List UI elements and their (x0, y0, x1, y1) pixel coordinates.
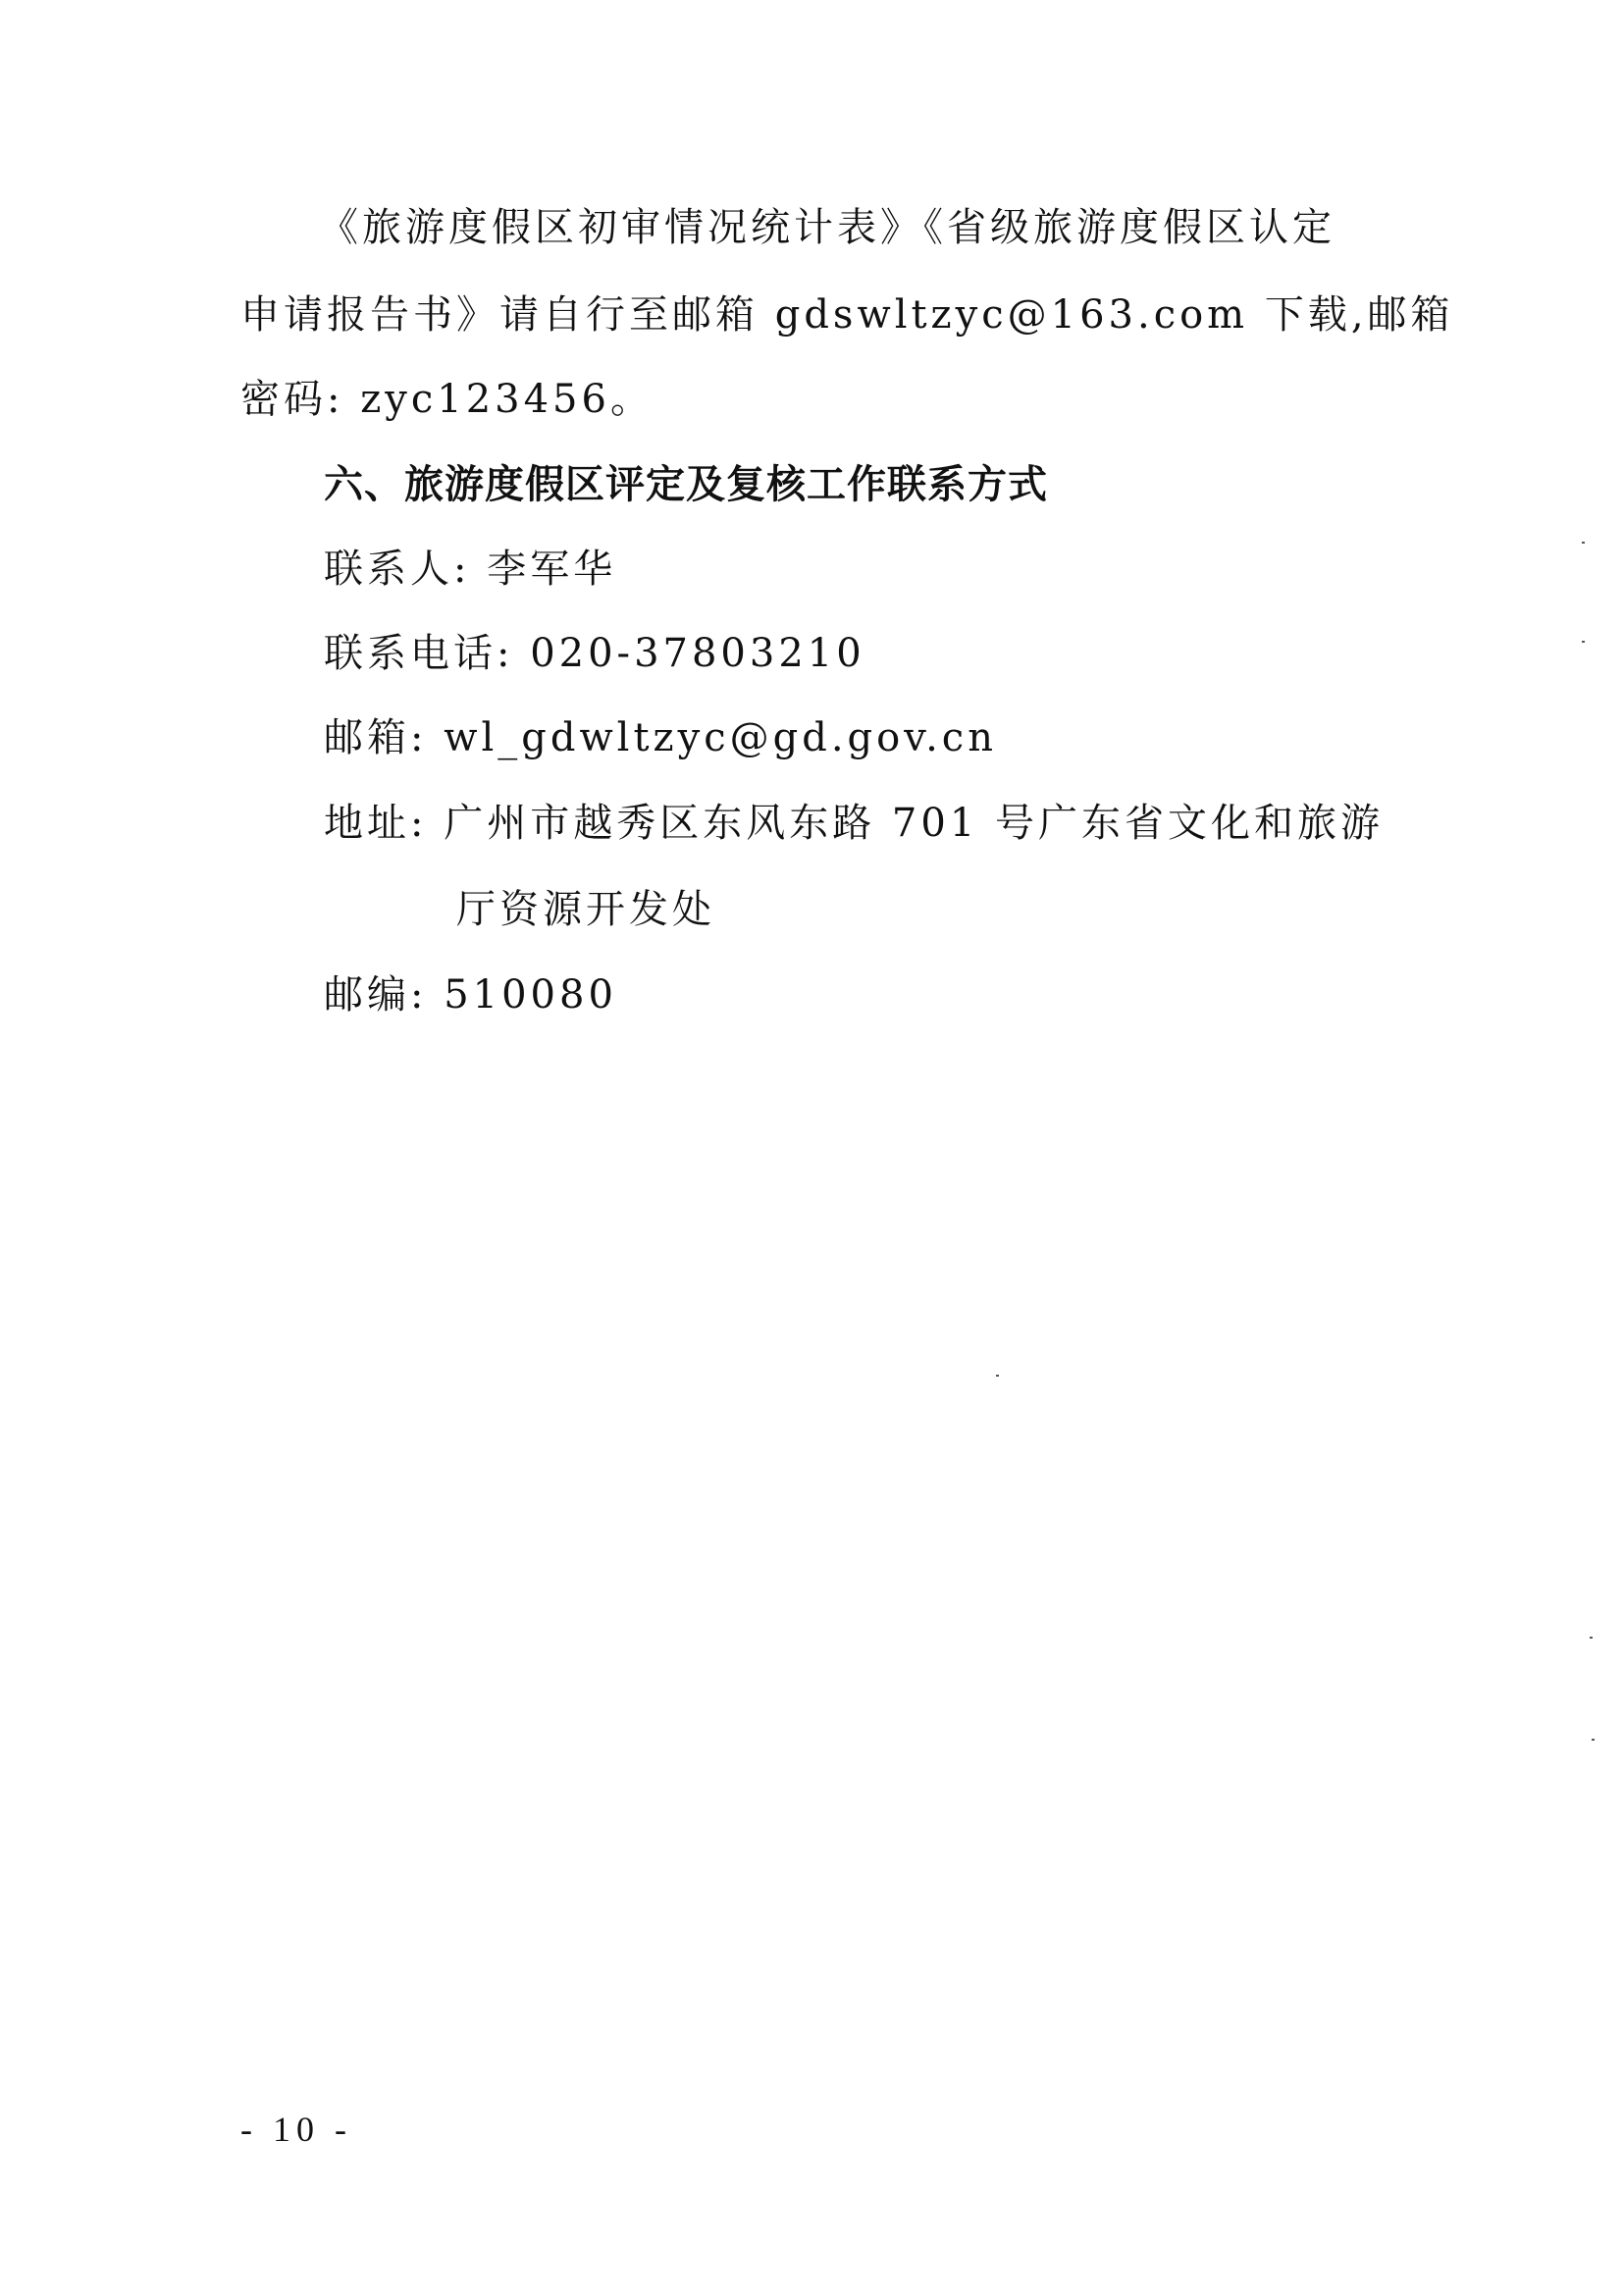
document-page: 《旅游度假区初审情况统计表》《省级旅游度假区认定 申请报告书》请自行至邮箱 gd… (0, 0, 1623, 2296)
contact-postcode-row: 邮编: 510080 (324, 971, 617, 1018)
contact-address-row: 地址: 广州市越秀区东风东路 701 号广东省文化和旅游 (324, 800, 1384, 847)
contact-email-value: wl_gdwltzyc@gd.gov.cn (444, 715, 997, 760)
contact-person-value: 李军华 (487, 547, 616, 592)
scan-speck (1582, 542, 1585, 544)
contact-address-label: 地址: (324, 801, 427, 846)
contact-address-continuation: 厅资源开发处 (456, 886, 715, 933)
contact-address-value: 广州市越秀区东风东路 701 号广东省文化和旅游 (444, 801, 1384, 846)
contact-phone-row: 联系电话: 020-37803210 (324, 630, 865, 677)
scan-speck (1592, 1739, 1595, 1741)
scan-speck (1582, 641, 1585, 643)
paragraph-line-3: 密码: zyc123456。 (240, 376, 654, 423)
contact-email-row: 邮箱: wl_gdwltzyc@gd.gov.cn (324, 714, 997, 761)
contact-person-row: 联系人: 李军华 (324, 546, 616, 593)
contact-phone-value: 020-37803210 (530, 631, 864, 676)
contact-person-label: 联系人: (324, 547, 470, 592)
paragraph-line-2: 申请报告书》请自行至邮箱 gdswltzyc@163.com 下载,邮箱 (240, 291, 1454, 339)
contact-phone-label: 联系电话: (324, 631, 513, 676)
contact-email-label: 邮箱: (324, 715, 427, 760)
contact-postcode-value: 510080 (444, 972, 617, 1018)
page-number: - 10 - (240, 2108, 352, 2151)
section-heading: 六、旅游度假区评定及复核工作联系方式 (324, 461, 1048, 508)
scan-speck (1590, 1637, 1593, 1639)
contact-postcode-label: 邮编: (324, 972, 427, 1018)
scan-speck (996, 1375, 999, 1377)
paragraph-line-1: 《旅游度假区初审情况统计表》《省级旅游度假区认定 (319, 204, 1335, 251)
